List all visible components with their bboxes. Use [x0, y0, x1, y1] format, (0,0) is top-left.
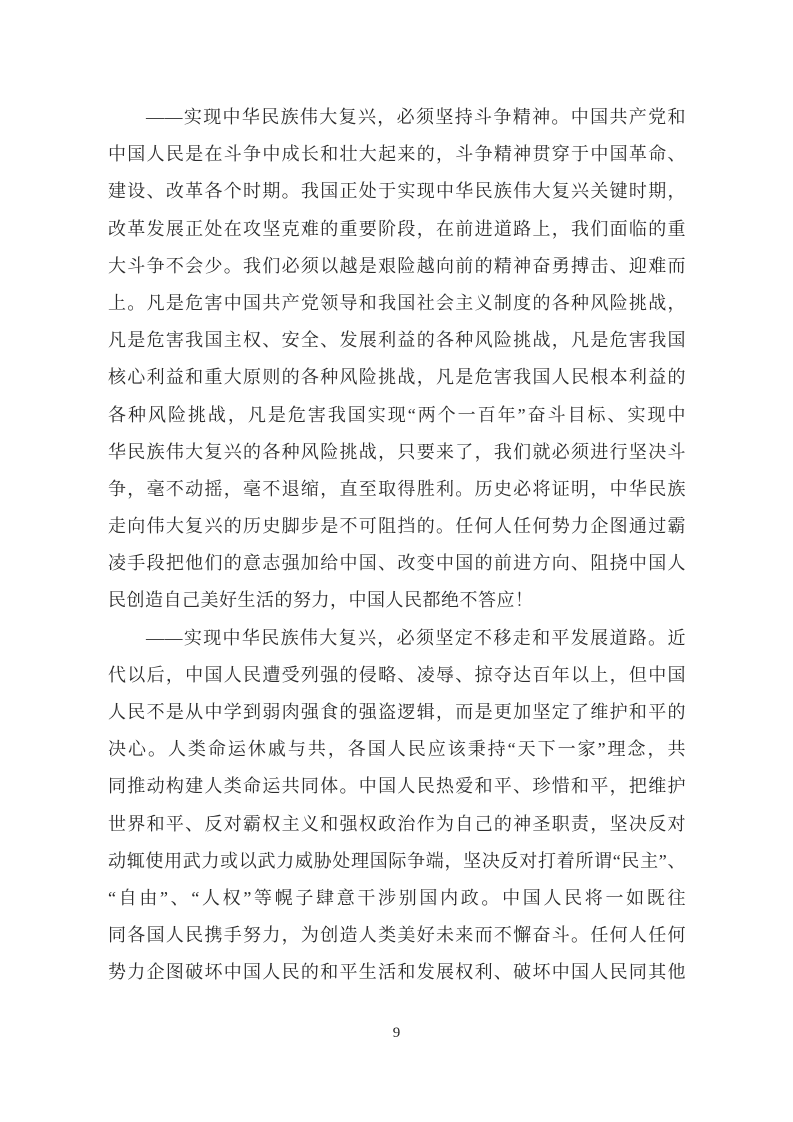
text-line: 走向伟大复兴的历史脚步是不可阻挡的。任何人任何势力企图通过霸: [108, 508, 686, 545]
text-line: 民创造自己美好生活的努力，中国人民都绝不答应！: [108, 582, 686, 619]
text-line: 华民族伟大复兴的各种风险挑战，只要来了，我们就必须进行坚决斗: [108, 434, 686, 471]
text-line: 上。凡是危害中国共产党领导和我国社会主义制度的各种风险挑战，: [108, 285, 686, 322]
text-line: 各种风险挑战，凡是危害我国实现“两个一百年”奋斗目标、实现中: [108, 397, 686, 434]
text-line: 同推动构建人类命运共同体。中国人民热爱和平、珍惜和平，把维护: [108, 768, 686, 805]
text-line: 凡是危害我国主权、安全、发展利益的各种风险挑战，凡是危害我国: [108, 322, 686, 359]
text-line: 凌手段把他们的意志强加给中国、改变中国的前进方向、阻挠中国人: [108, 545, 686, 582]
text-line: 世界和平、反对霸权主义和强权政治作为自己的神圣职责，坚决反对: [108, 806, 686, 843]
document-body: ——实现中华民族伟大复兴，必须坚持斗争精神。中国共产党和中国人民是在斗争中成长和…: [108, 99, 686, 992]
text-line: 争，毫不动摇，毫不退缩，直至取得胜利。历史必将证明，中华民族: [108, 471, 686, 508]
text-line: 改革发展正处在攻坚克难的重要阶段，在前进道路上，我们面临的重: [108, 211, 686, 248]
text-line: 动辄使用武力或以武力威胁处理国际争端，坚决反对打着所谓“民主”、: [108, 843, 686, 880]
text-line: 代以后，中国人民遭受列强的侵略、凌辱、掠夺达百年以上，但中国: [108, 657, 686, 694]
text-line: 决心。人类命运休戚与共，各国人民应该秉持“天下一家”理念，共: [108, 731, 686, 768]
text-line: 建设、改革各个时期。我国正处于实现中华民族伟大复兴关键时期，: [108, 173, 686, 210]
text-line: 中国人民是在斗争中成长和壮大起来的，斗争精神贯穿于中国革命、: [108, 136, 686, 173]
text-line: 同各国人民携手努力，为创造人类美好未来而不懈奋斗。任何人任何: [108, 917, 686, 954]
text-line: ——实现中华民族伟大复兴，必须坚定不移走和平发展道路。近: [108, 620, 686, 657]
document-page: ——实现中华民族伟大复兴，必须坚持斗争精神。中国共产党和中国人民是在斗争中成长和…: [0, 0, 793, 1122]
text-line: 人民不是从中学到弱肉强食的强盗逻辑，而是更加坚定了维护和平的: [108, 694, 686, 731]
text-line: “自由”、“人权”等幌子肆意干涉别国内政。中国人民将一如既往: [108, 880, 686, 917]
text-line: 核心利益和重大原则的各种风险挑战，凡是危害我国人民根本利益的: [108, 359, 686, 396]
text-line: ——实现中华民族伟大复兴，必须坚持斗争精神。中国共产党和: [108, 99, 686, 136]
text-line: 势力企图破坏中国人民的和平生活和发展权利、破坏中国人民同其他: [108, 954, 686, 991]
text-line: 大斗争不会少。我们必须以越是艰险越向前的精神奋勇搏击、迎难而: [108, 248, 686, 285]
page-number: 9: [0, 1022, 793, 1044]
